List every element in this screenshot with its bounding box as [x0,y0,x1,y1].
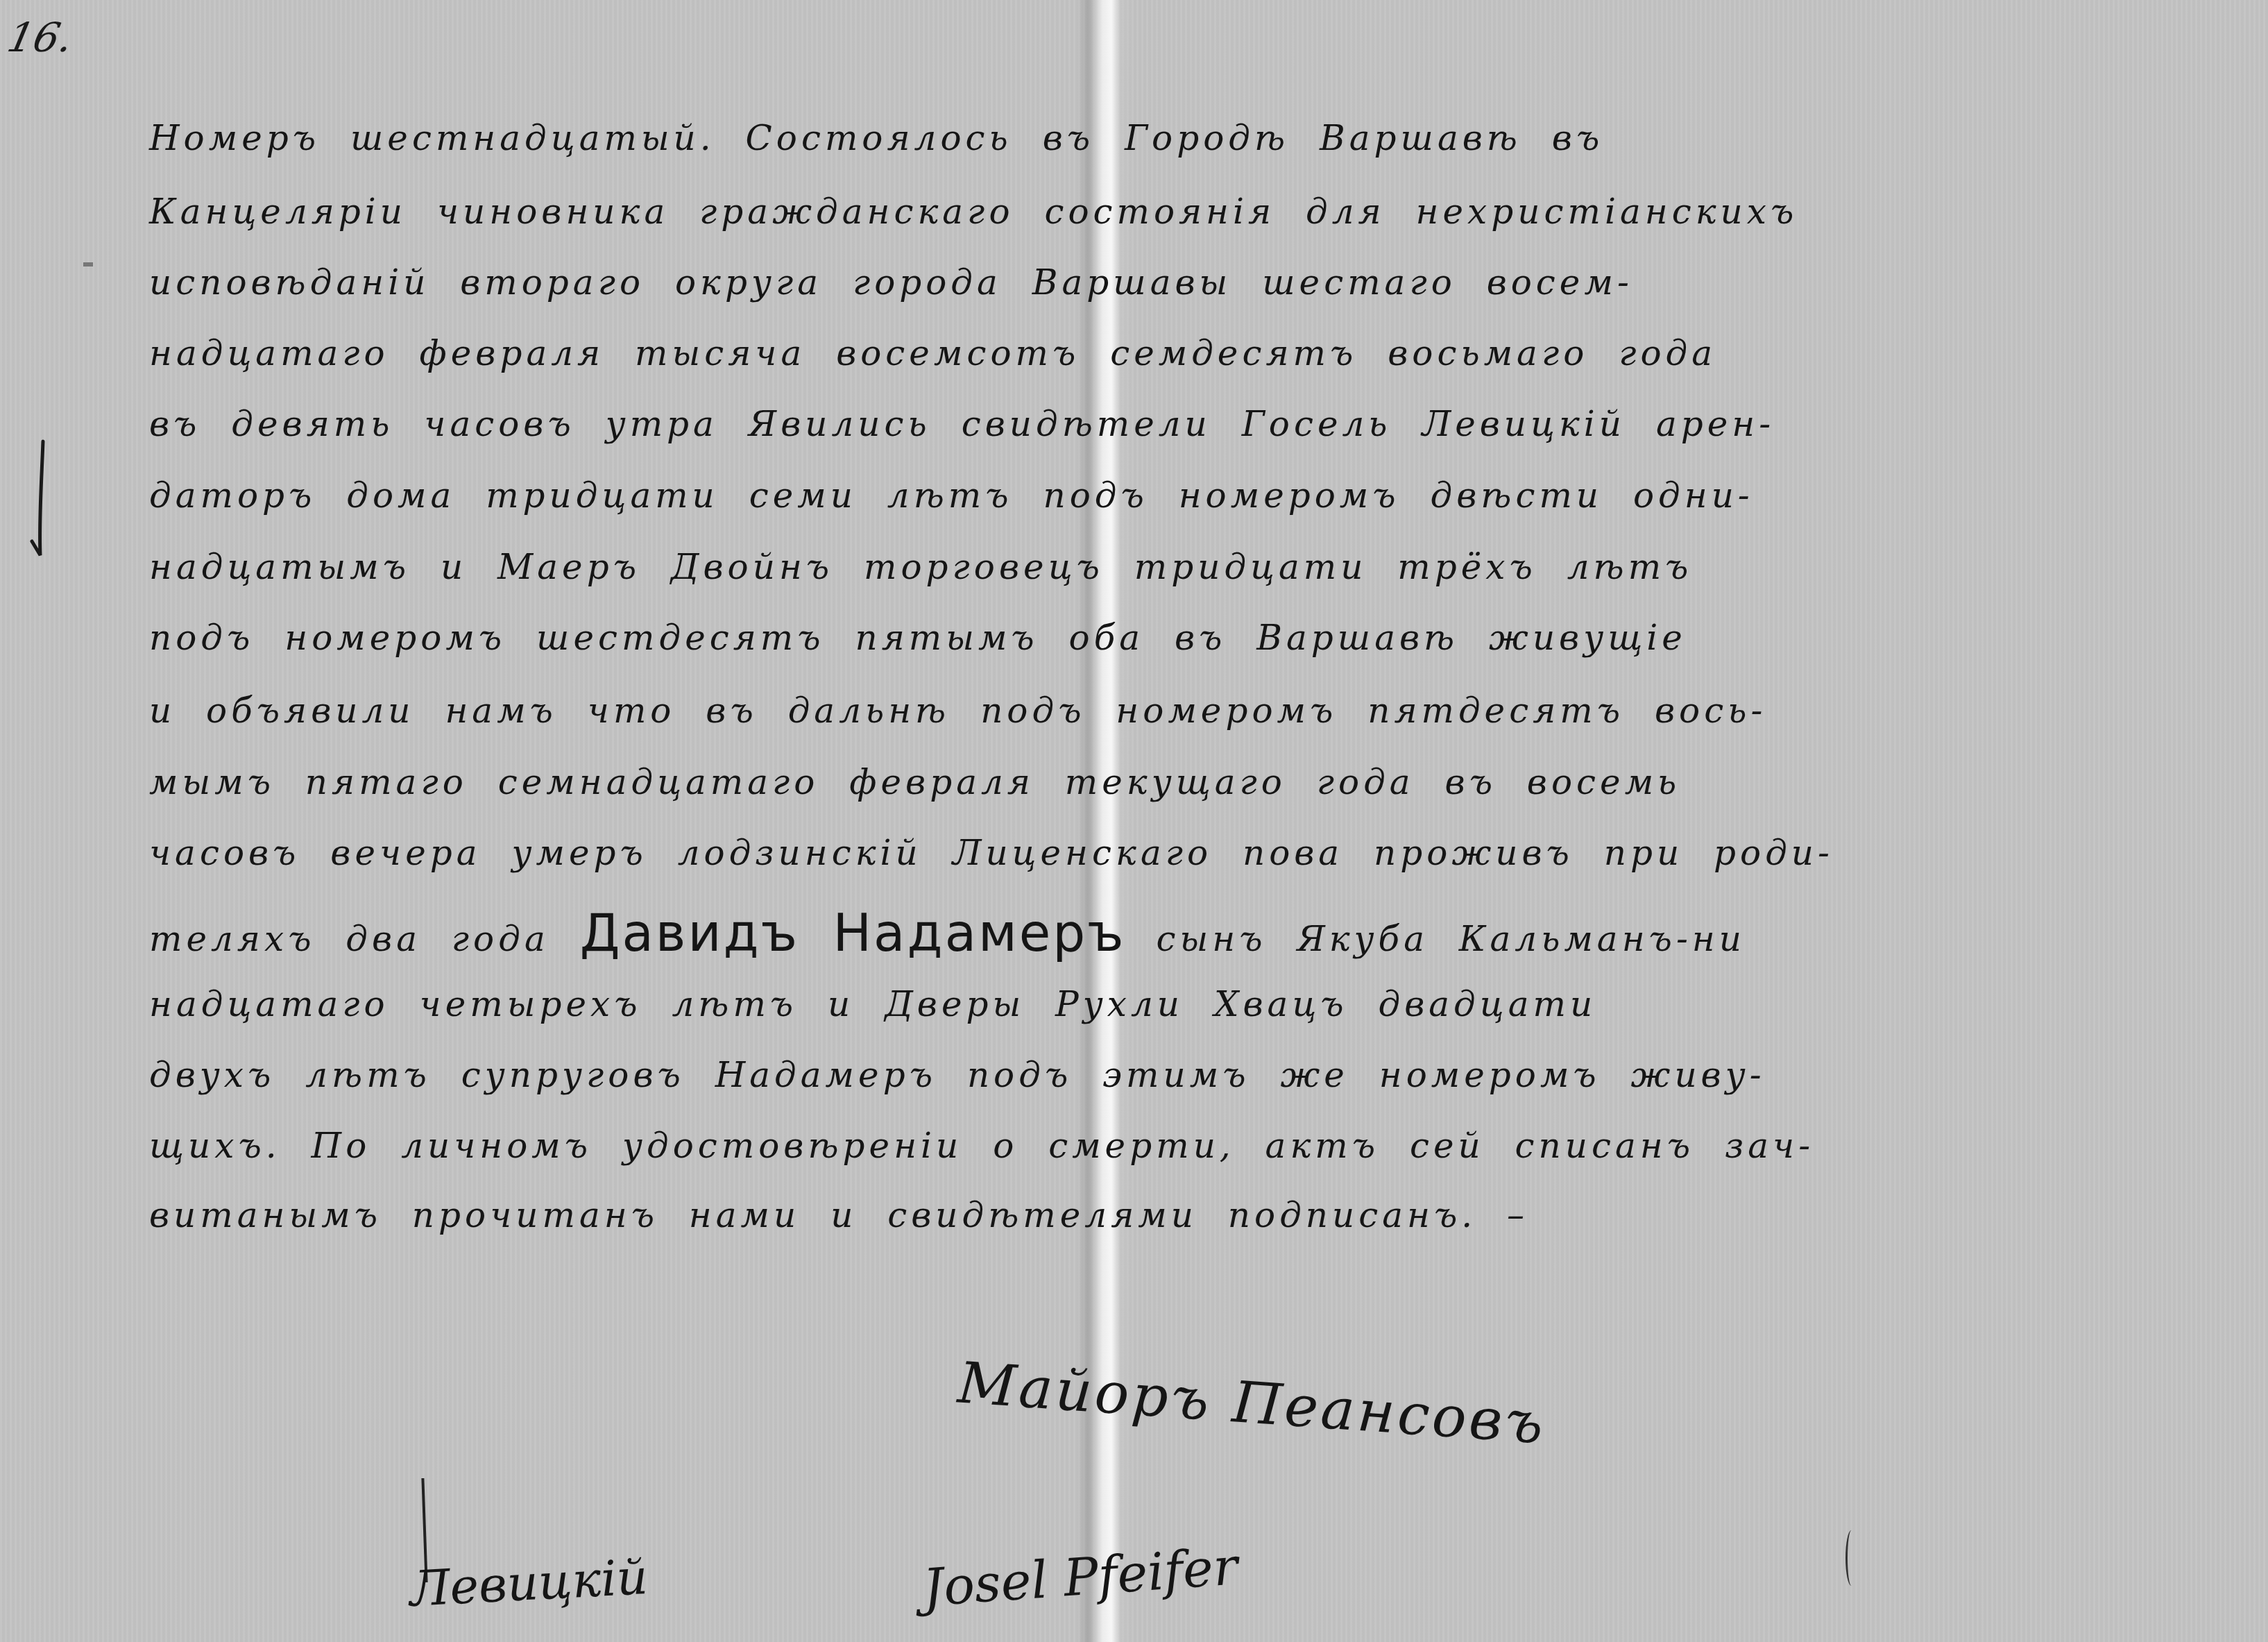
text-line-6: даторъ дома тридцати семи лѣтъ подъ номе… [149,475,2231,516]
text-line-14: двухъ лѣтъ супруговъ Надамеръ подъ этимъ… [149,1055,2231,1095]
record-number: 16. [3,14,78,61]
deceased-name: Давидъ Надамеръ [580,904,1126,963]
text-line-5: въ девять часовъ утра Явились свидѣтели … [149,404,2231,444]
text-line-4: надцатаго февраля тысяча восемсотъ семде… [149,333,2231,373]
text-line-2: Канцеляріи чиновника гражданскаго состоя… [149,192,2231,232]
text-line-12-end: сынъ Якуба Кальманъ-ни [1157,919,1746,959]
text-line-10: мымъ пятаго семнадцатаго февраля текущаг… [149,762,2231,802]
text-line-3: исповѣданій втораго округа города Варшав… [149,262,2231,303]
text-line-7: надцатымъ и Маеръ Двойнъ торговецъ тридц… [149,547,2231,587]
text-line-11: часовъ вечера умеръ лодзинскій Лиценскаг… [149,833,2231,873]
signature-flourish [1845,1530,1857,1586]
text-line-13: надцатаго четырехъ лѣтъ и Дверы Рухли Хв… [149,984,2231,1024]
text-line-12: теляхъ два года Давидъ Надамеръ сынъ Яку… [149,904,2231,963]
check-mark-icon [28,437,76,562]
text-line-8: подъ номеромъ шестдесятъ пятымъ оба въ В… [149,618,2231,658]
text-line-15: щихъ. По личномъ удостовѣреніи о смерти,… [149,1126,2231,1166]
margin-dash-mark [83,262,93,266]
text-line-1: Номеръ шестнадцатый. Состоялось въ Город… [149,118,2231,158]
text-line-12-start: теляхъ два года [149,919,549,959]
text-line-9: и объявили намъ что въ дальнѣ подъ номер… [149,691,2231,731]
text-line-16: витанымъ прочитанъ нами и свидѣтелями по… [149,1195,2231,1235]
